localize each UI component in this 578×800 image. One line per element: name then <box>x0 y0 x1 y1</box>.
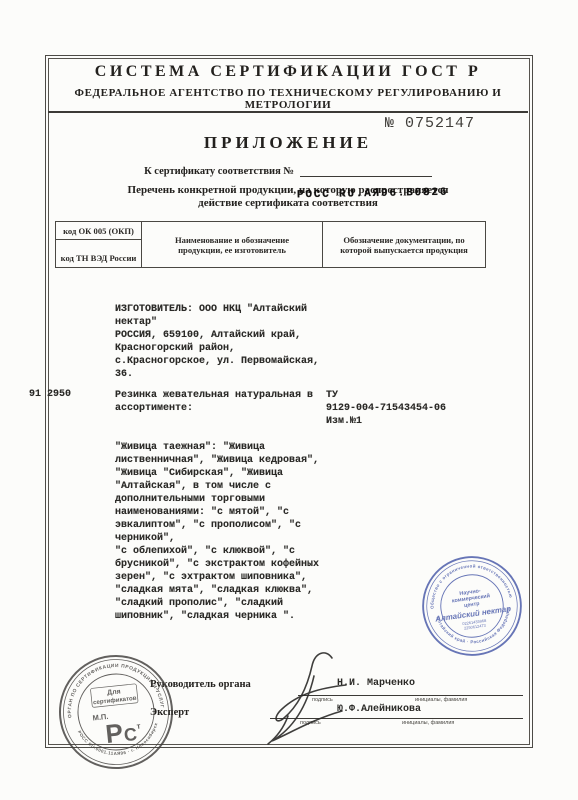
expert-name-caption: инициалы, фамилия <box>402 720 454 726</box>
subtitle-line-2: действие сертификата соответствия <box>45 197 531 210</box>
certificate-page: СИСТЕМА СЕРТИФИКАЦИИ ГОСТ Р ФЕДЕРАЛЬНОЕ … <box>0 0 578 800</box>
cert-ref-label: К сертификату соответствия № <box>144 166 294 177</box>
head-name-caption: инициалы, фамилия <box>415 697 467 703</box>
table-col-docs-label: Обозначение документации, по которой вып… <box>322 221 486 268</box>
agency-name: ФЕДЕРАЛЬНОЕ АГЕНТСТВО ПО ТЕХНИЧЕСКОМУ РЕ… <box>45 87 531 111</box>
product-name-block: Резинка жевательная натуральная в ассорт… <box>115 389 313 415</box>
company-stamp-icon: Общество с ограниченной ответственностью… <box>413 547 530 664</box>
table-col-okp-label: код ОК 005 (ОКП) <box>56 222 141 240</box>
cert-ref-blank-line <box>300 165 432 177</box>
table-col-codes: код ОК 005 (ОКП) код ТН ВЭД России <box>55 221 142 268</box>
table-header: код ОК 005 (ОКП) код ТН ВЭД России Наиме… <box>55 221 488 268</box>
rst-logo-icon: Р <box>104 717 124 749</box>
gray-stamp-line2: сертификатов <box>93 695 137 707</box>
table-col-tnved-label: код ТН ВЭД России <box>56 251 141 267</box>
manufacturer-block: ИЗГОТОВИТЕЛЬ: ООО НКЦ "Алтайский нектар"… <box>115 303 319 381</box>
cert-ref-line: К сертификату соответствия № <box>45 165 531 177</box>
svg-text:С: С <box>123 724 138 745</box>
signature-strokes-icon <box>252 648 367 758</box>
system-title: СИСТЕМА СЕРТИФИКАЦИИ ГОСТ Р <box>45 63 531 81</box>
okp-code: 91 2950 <box>29 388 71 401</box>
certification-body-stamp-icon: ОРГАН ПО СЕРТИФИКАЦИИ ПРОДУКЦИИ И УСЛУГ … <box>50 646 182 778</box>
table-col-product-label: Наименование и обозначение продукции, ее… <box>141 221 323 268</box>
subtitle: Перечень конкретной продукции, на котору… <box>45 184 531 209</box>
doc-title: ПРИЛОЖЕНИЕ <box>45 133 531 153</box>
assortment-block: "Живица таежная": "Живица лиственничная"… <box>115 441 319 623</box>
svg-text:т: т <box>136 722 141 731</box>
subtitle-line-1: Перечень конкретной продукции, на котору… <box>45 184 531 197</box>
header-divider <box>48 111 528 113</box>
documentation-block: ТУ 9129-004-71543454-06 Изм.№1 <box>326 389 446 428</box>
form-number: № 0752147 <box>385 115 475 132</box>
